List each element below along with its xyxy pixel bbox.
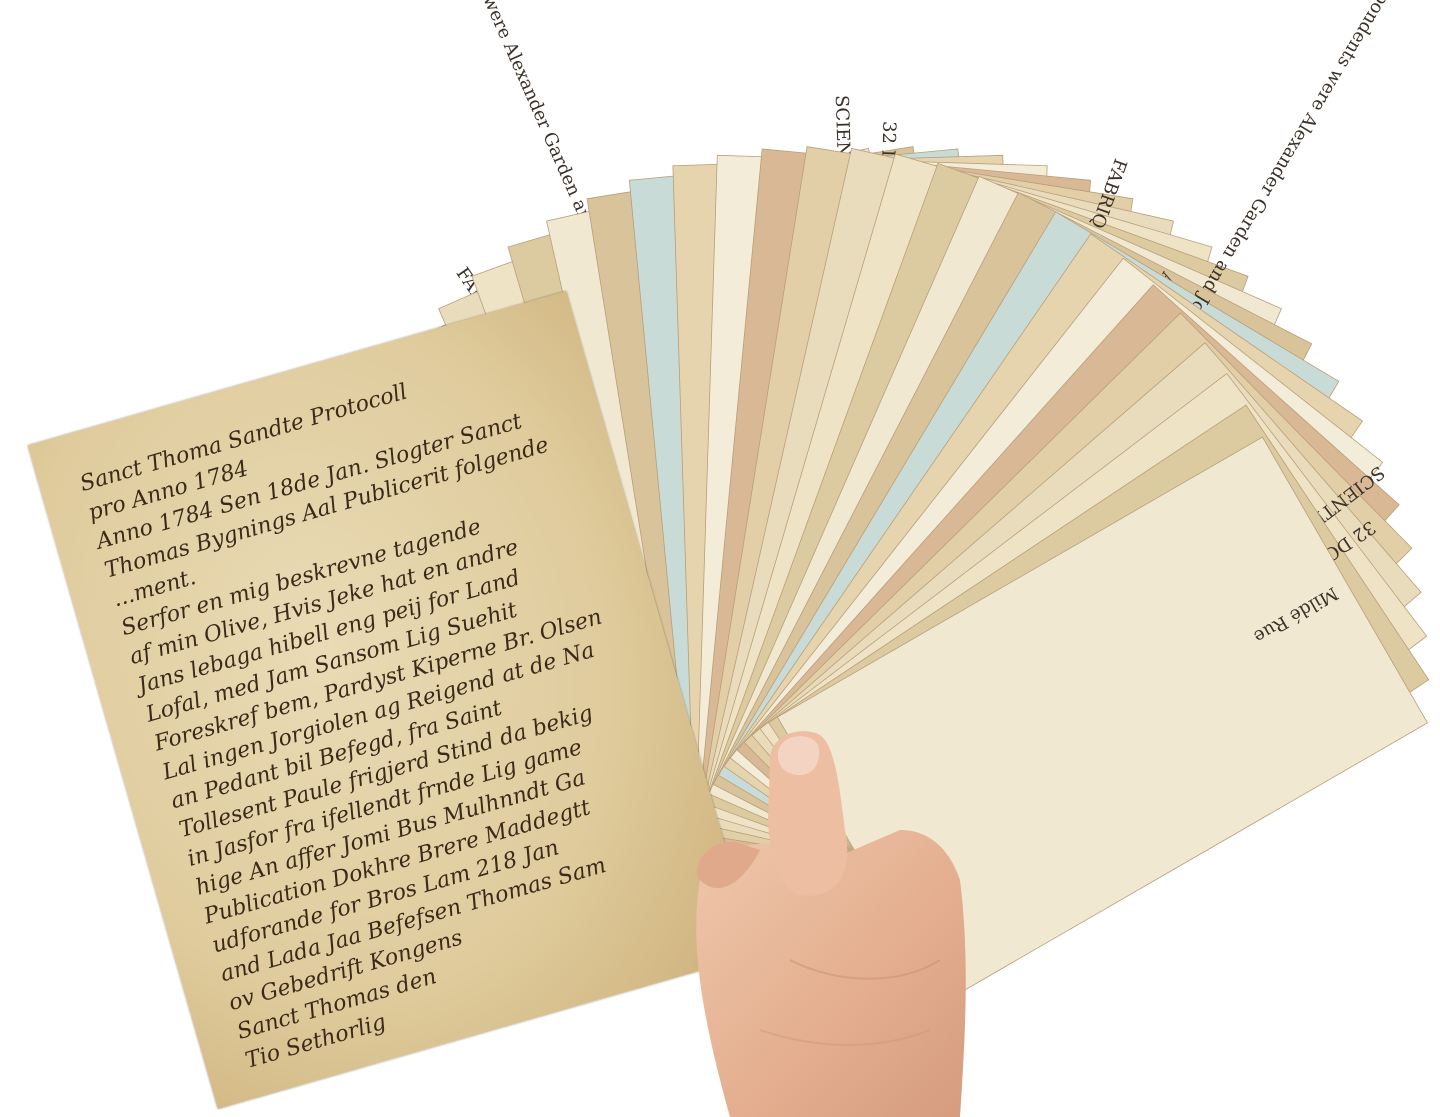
hand	[0, 0, 1440, 1117]
photo-scene: SCIENTIFIC TERMS USED32 DOUNOUDSSOCKMild…	[0, 0, 1440, 1117]
thumbnail	[778, 736, 819, 775]
